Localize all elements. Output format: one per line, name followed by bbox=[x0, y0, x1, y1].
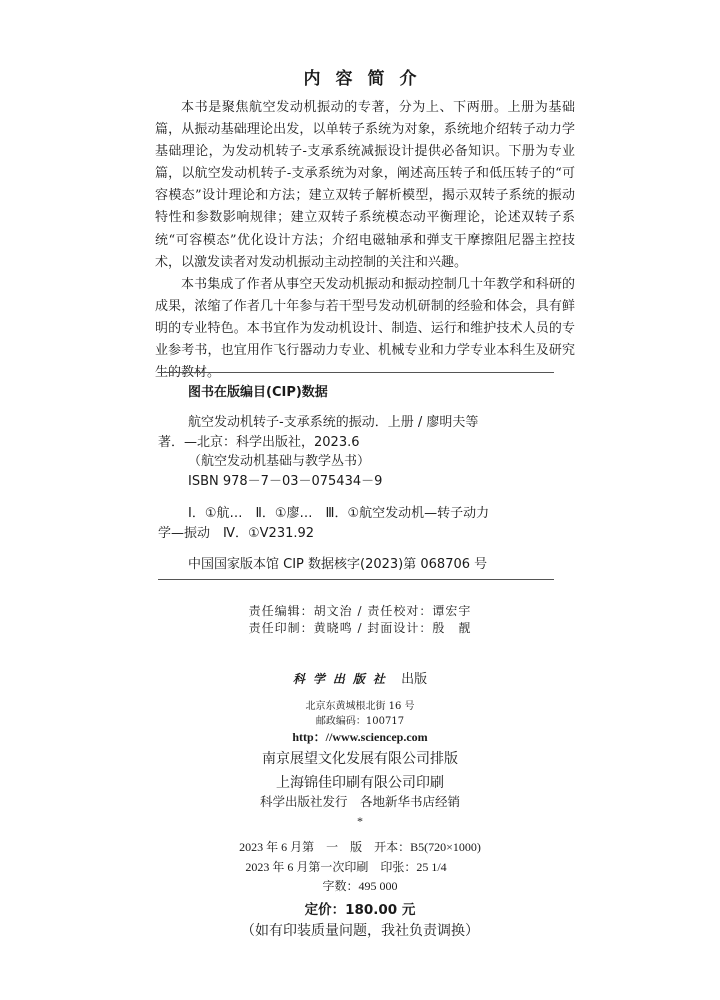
cip-entry-line: 著．—北京：科学出版社，2023.6 bbox=[158, 433, 558, 453]
publisher-suffix: 出版 bbox=[401, 672, 427, 687]
cip-number: 中国国家版本馆 CIP 数据核字(2023)第 068706 号 bbox=[188, 553, 487, 572]
staff-credits: 责任编辑：胡文治 / 责任校对：谭宏宇 责任印制：黄晓鸣 / 封面设计：殷 靓 bbox=[0, 603, 720, 637]
quality-notice: （如有印装质量问题，我社负责调换） bbox=[0, 920, 720, 940]
cip-entry: 航空发动机转子-支承系统的振动．上册 / 廖明夫等 著．—北京：科学出版社，20… bbox=[158, 413, 558, 491]
intro-paragraph: 本书集成了作者从事空天发动机振动和振动控制几十年教学和科研的成果，浓缩了作者几十… bbox=[155, 274, 575, 384]
divider-bottom bbox=[158, 579, 554, 580]
edition-info: 2023 年 6 月第 一 版 开本：B5(720×1000) bbox=[0, 838, 720, 855]
cip-classification-line: 学—振动 Ⅳ．①V231.92 bbox=[158, 524, 558, 544]
cip-entry-line: 航空发动机转子-支承系统的振动．上册 / 廖明夫等 bbox=[158, 413, 558, 433]
distribution: 科学出版社发行 各地新华书店经销 bbox=[0, 792, 720, 810]
word-count: 字数：495 000 bbox=[0, 877, 720, 894]
cip-classification-line: Ⅰ．①航… Ⅱ．①廖… Ⅲ．①航空发动机—转子动力 bbox=[158, 504, 558, 524]
publisher-url: http：//www.sciencep.com bbox=[0, 728, 720, 745]
page-title: 内容简介 bbox=[0, 64, 720, 89]
separator-asterisk: * bbox=[0, 814, 720, 829]
cip-classification: Ⅰ．①航… Ⅱ．①廖… Ⅲ．①航空发动机—转子动力 学—振动 Ⅳ．①V231.9… bbox=[158, 504, 558, 543]
cip-series: （航空发动机基础与教学丛书） bbox=[158, 452, 558, 472]
intro-paragraph: 本书是聚焦航空发动机振动的专著，分为上、下两册。上册为基础篇，从振动基础理论出发… bbox=[155, 97, 575, 274]
price: 定价：180.00 元 bbox=[0, 898, 720, 918]
publisher-logo: 科学出版社 bbox=[293, 672, 393, 686]
staff-line: 责任印制：黄晓鸣 / 封面设计：殷 靓 bbox=[0, 620, 720, 637]
typesetter: 南京展望文化发展有限公司排版 bbox=[0, 748, 720, 768]
printer: 上海锦佳印刷有限公司印刷 bbox=[0, 772, 720, 792]
publisher-postcode: 邮政编码：100717 bbox=[0, 712, 720, 727]
publisher-line: 科学出版社 出版 bbox=[0, 668, 720, 687]
divider-top bbox=[158, 372, 554, 373]
cip-isbn: ISBN 978－7－03－075434－9 bbox=[158, 472, 558, 492]
cip-heading: 图书在版编目(CIP)数据 bbox=[188, 381, 328, 400]
staff-line: 责任编辑：胡文治 / 责任校对：谭宏宇 bbox=[0, 603, 720, 620]
printing-info: 2023 年 6 月第一次印刷 印张：25 1/4 bbox=[0, 858, 720, 875]
publisher-address: 北京东黄城根北街 16 号 bbox=[0, 697, 720, 712]
introduction-text: 本书是聚焦航空发动机振动的专著，分为上、下两册。上册为基础篇，从振动基础理论出发… bbox=[155, 97, 575, 384]
